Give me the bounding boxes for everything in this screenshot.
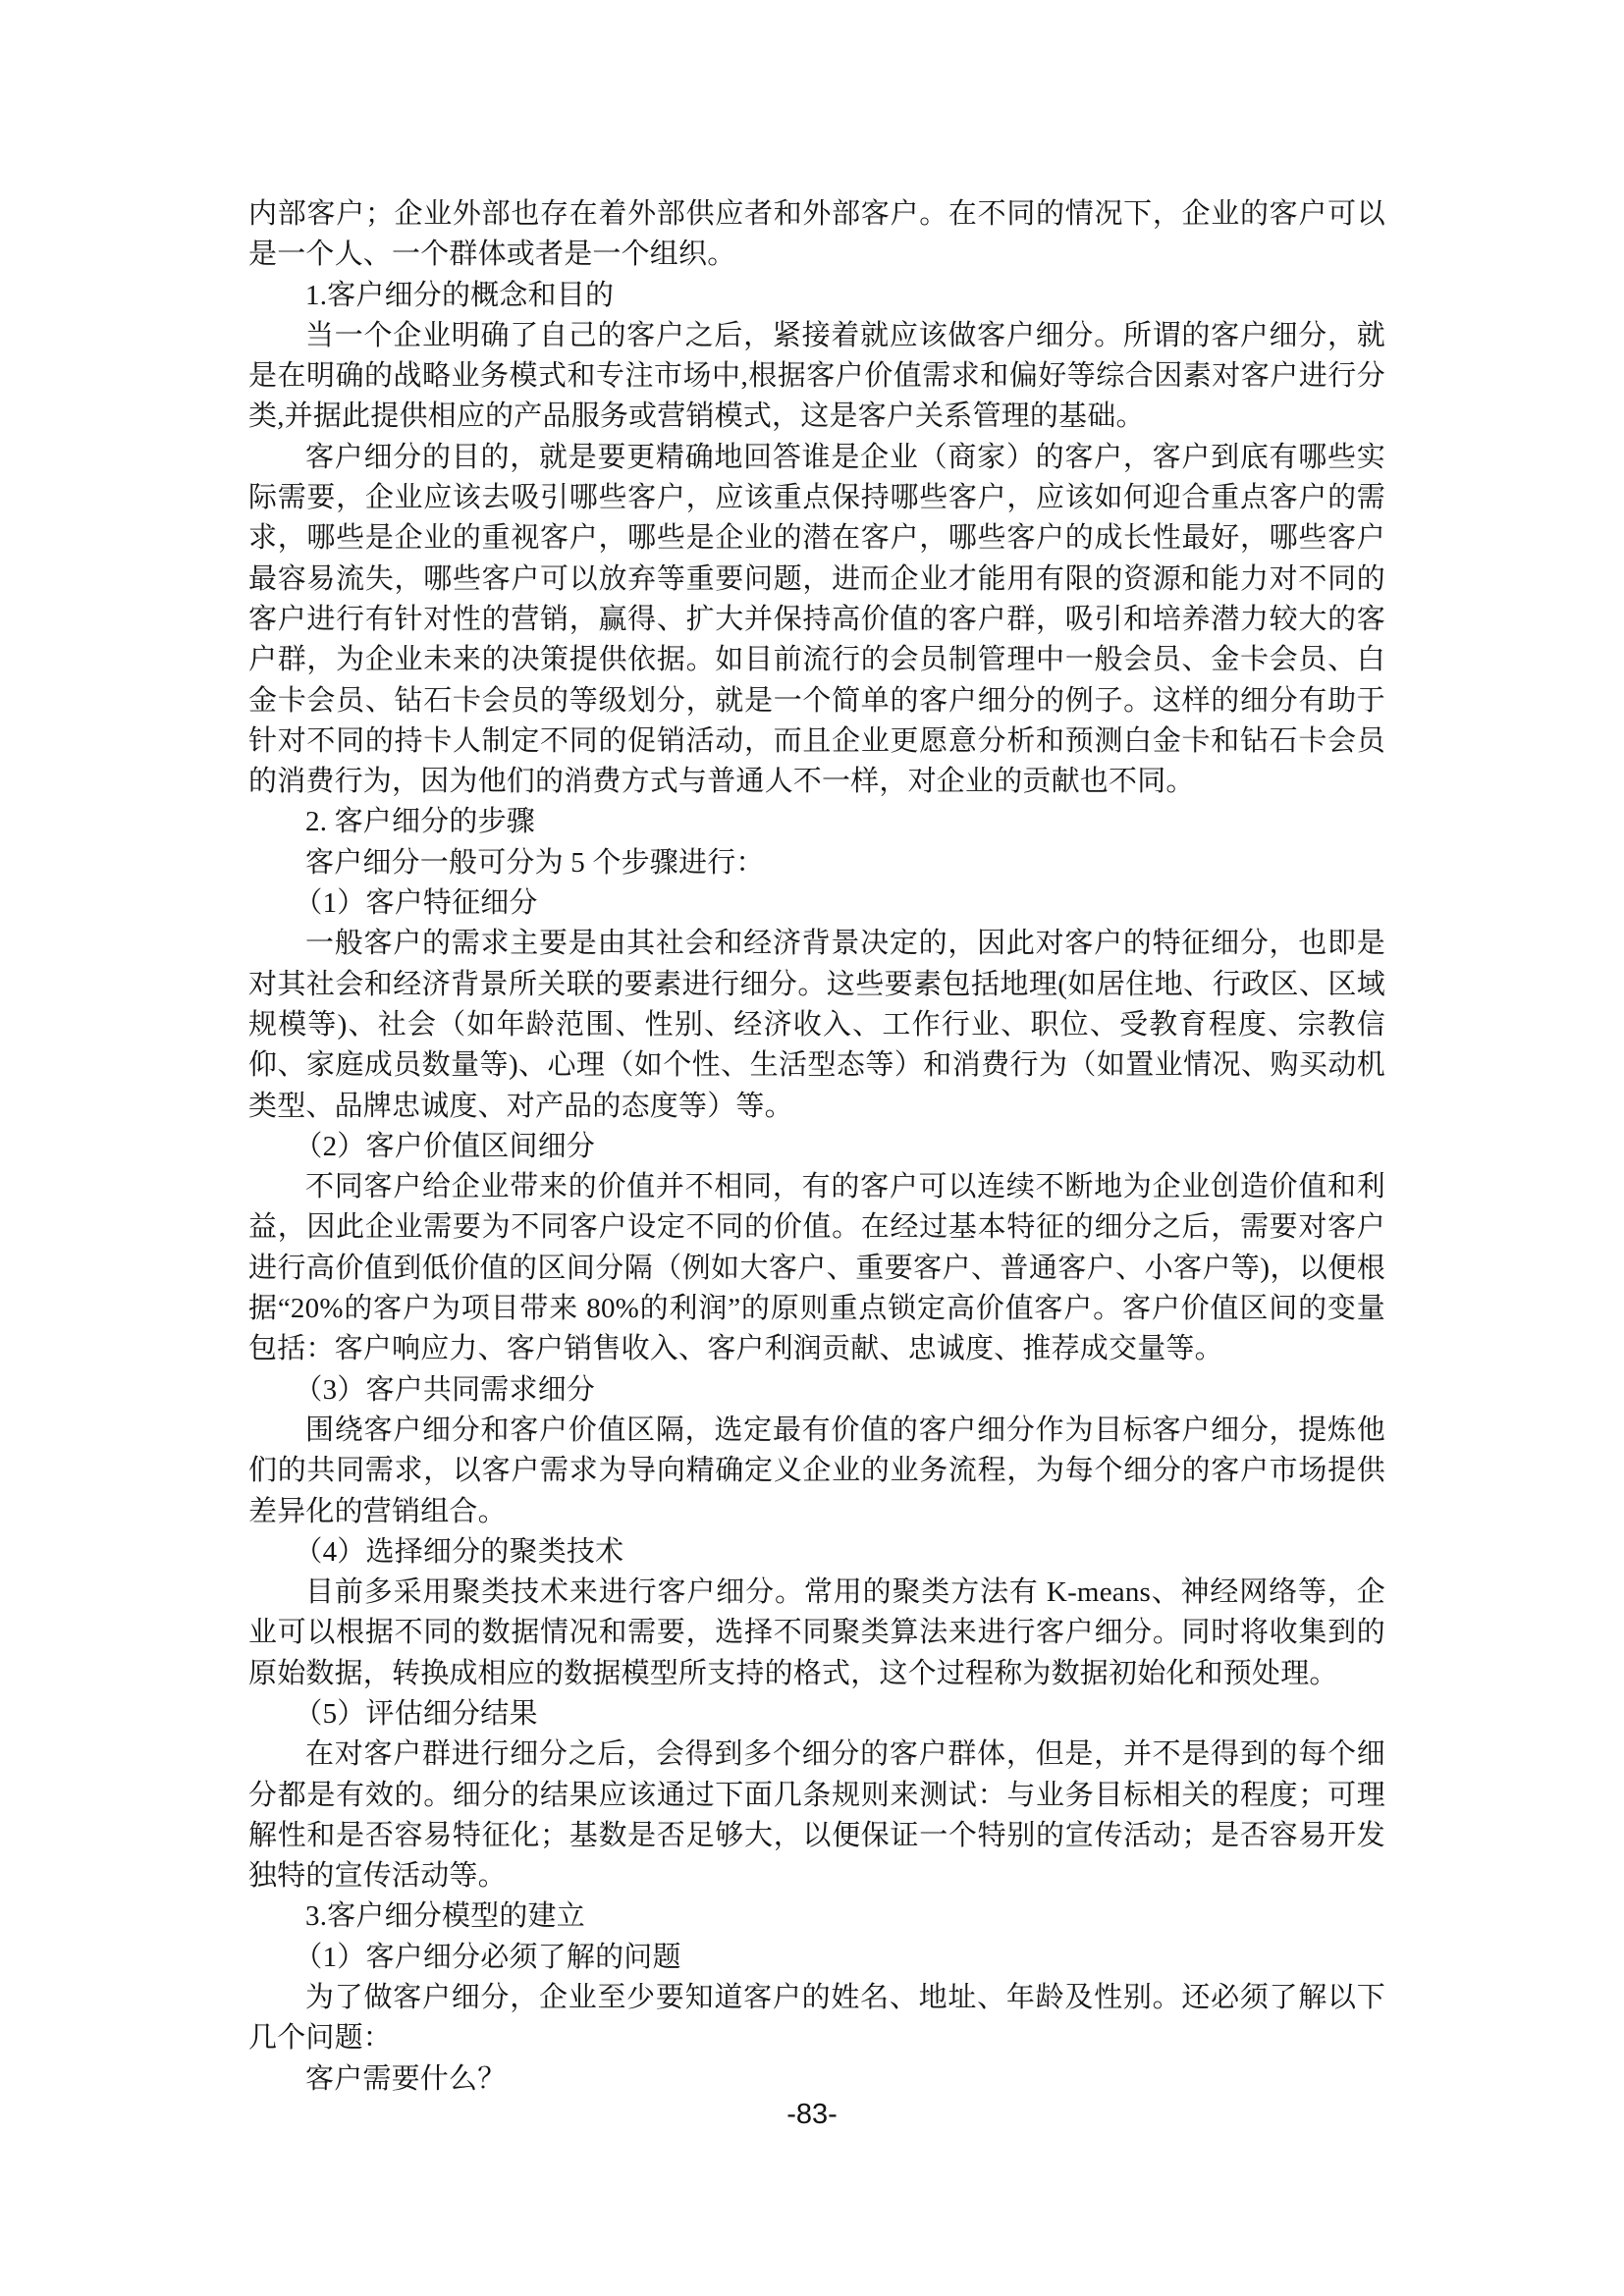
sub-heading-1: （1）客户细分必须了解的问题 <box>248 1938 1385 1978</box>
section-heading-1: 1.客户细分的概念和目的 <box>248 276 1385 316</box>
page-number: -83- <box>0 2099 1624 2131</box>
continuation-paragraph: 内部客户；企业外部也存在着外部供应者和外部客户。在不同的情况下，企业的客户可以是… <box>248 194 1385 276</box>
body-paragraph: 在对客户群进行细分之后，会得到多个细分的客户群体，但是，并不是得到的每个细分都是… <box>248 1735 1385 1896</box>
section-heading-3: 3.客户细分模型的建立 <box>248 1896 1385 1937</box>
step-heading-1: （1）客户特征细分 <box>248 883 1385 924</box>
step-heading-3: （3）客户共同需求细分 <box>248 1370 1385 1411</box>
body-paragraph: 围绕客户细分和客户价值区隔，选定最有价值的客户细分作为目标客户细分，提炼他们的共… <box>248 1411 1385 1532</box>
step-heading-2: （2）客户价值区间细分 <box>248 1127 1385 1167</box>
body-paragraph: 客户细分的目的，就是要更精确地回答谁是企业（商家）的客户，客户到底有哪些实际需要… <box>248 438 1385 803</box>
body-paragraph: 客户需要什么？ <box>248 2059 1385 2100</box>
body-paragraph: 为了做客户细分，企业至少要知道客户的姓名、地址、年龄及性别。还必须了解以下几个问… <box>248 1978 1385 2059</box>
body-paragraph: 不同客户给企业带来的价值并不相同，有的客户可以连续不断地为企业创造价值和利益，因… <box>248 1167 1385 1369</box>
step-heading-4: （4）选择细分的聚类技术 <box>248 1532 1385 1573</box>
body-paragraph: 当一个企业明确了自己的客户之后，紧接着就应该做客户细分。所谓的客户细分，就是在明… <box>248 316 1385 438</box>
body-paragraph: 客户细分一般可分为 5 个步骤进行： <box>248 843 1385 883</box>
page-text-block: 内部客户；企业外部也存在着外部供应者和外部客户。在不同的情况下，企业的客户可以是… <box>248 194 1385 2100</box>
section-heading-2: 2. 客户细分的步骤 <box>248 802 1385 842</box>
body-paragraph: 一般客户的需求主要是由其社会和经济背景决定的，因此对客户的特征细分，也即是对其社… <box>248 924 1385 1126</box>
document-page: 内部客户；企业外部也存在着外部供应者和外部客户。在不同的情况下，企业的客户可以是… <box>0 0 1624 2296</box>
step-heading-5: （5）评估细分结果 <box>248 1694 1385 1735</box>
body-paragraph: 目前多采用聚类技术来进行客户细分。常用的聚类方法有 K-means、神经网络等，… <box>248 1573 1385 1694</box>
